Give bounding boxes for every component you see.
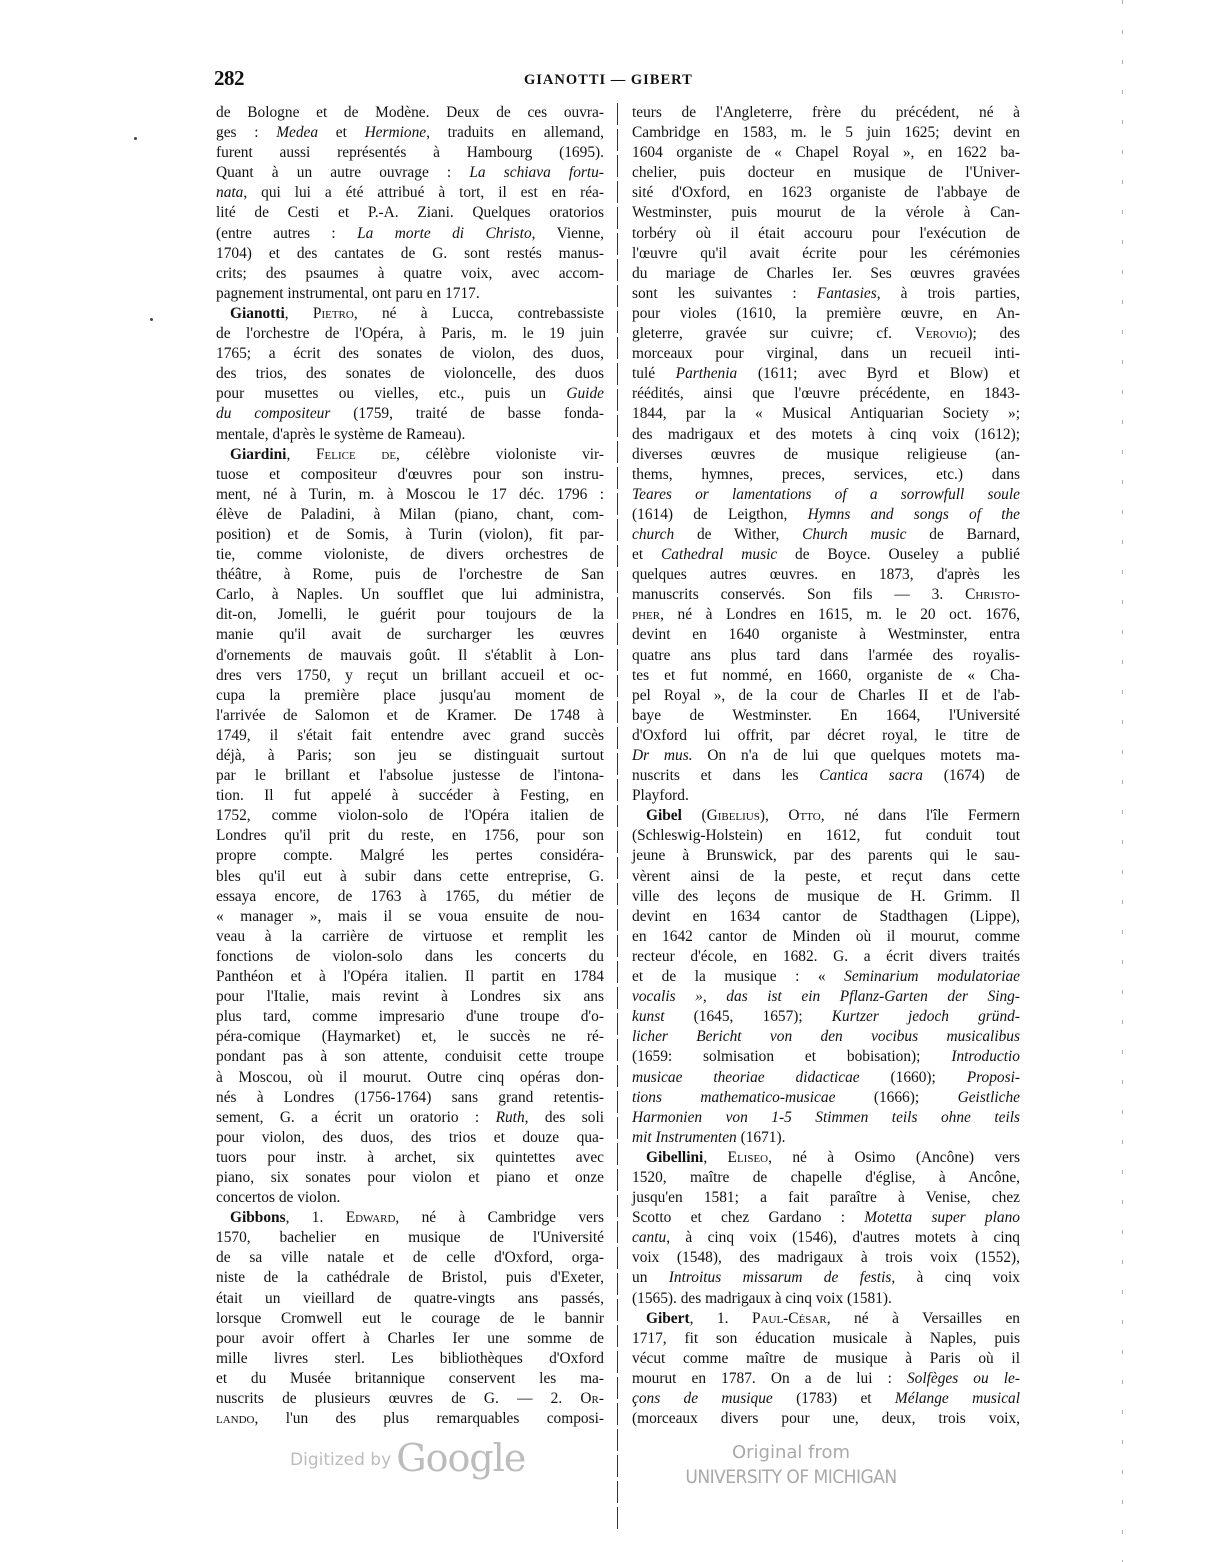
page-number: 282 bbox=[214, 66, 244, 91]
text-run: Kurtzer jedoch gründ- bbox=[832, 1008, 1020, 1025]
text-line: piano, six sonates pour violon et piano … bbox=[216, 1168, 604, 1188]
digitized-by-google-watermark: Digitized by Google bbox=[290, 1436, 525, 1480]
text-run: (1671). bbox=[737, 1129, 786, 1146]
text-line: un Introitus missarum de festis, à cinq … bbox=[632, 1268, 1020, 1288]
text-run: devint en 1634 cantor de Stadthagen (Lip… bbox=[632, 908, 1020, 925]
left-column: de Bologne et de Modène. Deux de ces ouv… bbox=[216, 103, 604, 1429]
text-run: , né à Osimo (Ancône) vers bbox=[768, 1149, 1020, 1166]
text-line: 1749, il s'était fait entendre avec gran… bbox=[216, 726, 604, 746]
text-run: Otto bbox=[788, 807, 820, 824]
text-line: çons de musique (1783) et Mélange musica… bbox=[632, 1389, 1020, 1409]
text-line: bles qu'il eut à subir dans cette entrep… bbox=[216, 867, 604, 887]
text-line: musicae theoriae didacticae (1660); Prop… bbox=[632, 1068, 1020, 1088]
text-run: Carlo, à Naples. Un soufflet que lui adm… bbox=[216, 586, 604, 603]
text-line: Harmonien von 1-5 Stimmen teils ohne tei… bbox=[632, 1108, 1020, 1128]
text-run: , né à Cambridge vers bbox=[395, 1209, 604, 1226]
text-run: nés à Londres (1756-1764) sans grand ret… bbox=[216, 1089, 604, 1106]
text-line: lando, l'un des plus remarquables compos… bbox=[216, 1409, 604, 1429]
text-run: niste de la cathédrale de Bristol, puis … bbox=[216, 1269, 604, 1286]
text-run: (Schleswig-Holstein) en 1612, fut condui… bbox=[632, 827, 1020, 844]
text-line: chelier, puis docteur en musique de l'Un… bbox=[632, 163, 1020, 183]
text-run: Gibelius bbox=[707, 807, 760, 824]
text-line: jeune à Brunswick, par des parents qui l… bbox=[632, 846, 1020, 866]
text-run: Motetta super plano bbox=[864, 1209, 1020, 1226]
text-run: tuors pour instr. à archet, six quintett… bbox=[216, 1149, 604, 1166]
text-run: voix (1548), des madrigaux à trois voix … bbox=[632, 1249, 1020, 1266]
text-run: , des soli bbox=[525, 1109, 604, 1126]
text-run: cupa la première place jusqu'au moment d… bbox=[216, 687, 604, 704]
text-run: (entre autres : bbox=[216, 225, 357, 242]
text-line: pagnement instrumental, ont paru en 1717… bbox=[216, 284, 604, 304]
text-run: 1844, par la « Musical Antiquarian Socie… bbox=[632, 405, 1020, 422]
text-line: était un vieillard de quatre-vingts ans … bbox=[216, 1289, 604, 1309]
text-run: position) et de Somis, à Turin (violon),… bbox=[216, 526, 604, 543]
text-run: 1604 organiste de « Chapel Royal », en 1… bbox=[632, 144, 1020, 161]
text-line: concertos de violon. bbox=[216, 1188, 604, 1208]
text-run: devint en 1640 organiste à Westminster, … bbox=[632, 626, 1020, 643]
text-run: La morte di Christo bbox=[357, 225, 532, 242]
text-run: , bbox=[703, 1149, 727, 1166]
text-run: Mélange musical bbox=[895, 1390, 1020, 1407]
text-line: de sa ville natale et de celle d'Oxford,… bbox=[216, 1248, 604, 1268]
text-run: un bbox=[632, 1269, 669, 1286]
column-divider bbox=[617, 103, 618, 1533]
text-run: Solfèges ou le- bbox=[907, 1370, 1020, 1387]
text-line: élève de Paladini, à Milan (piano, chant… bbox=[216, 505, 604, 525]
text-run: , à cinq voix (1546), d'autres motets à … bbox=[666, 1229, 1020, 1246]
text-run: en 1642 cantor de Minden où il mourut, c… bbox=[632, 928, 1020, 945]
text-line: teurs de l'Angleterre, frère du précéden… bbox=[632, 103, 1020, 123]
text-run: recteur d'école, en 1682. G. a écrit div… bbox=[632, 948, 1020, 965]
text-line: vocalis », das ist ein Pflanz-Garten der… bbox=[632, 987, 1020, 1007]
text-line: propre compte. Malgré les pertes considé… bbox=[216, 846, 604, 866]
text-run: pher bbox=[632, 606, 660, 623]
text-run: de Barnard, bbox=[906, 526, 1020, 543]
text-line: cantu, à cinq voix (1546), d'autres mote… bbox=[632, 1228, 1020, 1248]
margin-speck bbox=[150, 318, 153, 321]
text-line: devint en 1640 organiste à Westminster, … bbox=[632, 625, 1020, 645]
text-run: veau à la carrière de virtuose et rempli… bbox=[216, 928, 604, 945]
text-line: et Cathedral music de Boyce. Ouseley a p… bbox=[632, 545, 1020, 565]
text-run: déjà, à Paris; son jeu se distinguait su… bbox=[216, 747, 604, 764]
text-run: 1520, maître de chapelle d'église, à Anc… bbox=[632, 1169, 1020, 1186]
text-run: jeune à Brunswick, par des parents qui l… bbox=[632, 847, 1020, 864]
text-run: Proposi- bbox=[967, 1069, 1020, 1086]
text-line: et de la musique : « Seminarium modulato… bbox=[632, 967, 1020, 987]
text-line: tions mathematico-musicae (1666); Geistl… bbox=[632, 1088, 1020, 1108]
text-run: tuose et compositeur d'œuvres pour son i… bbox=[216, 466, 604, 483]
text-line: réédités, ainsi que l'œuvre précédente, … bbox=[632, 384, 1020, 404]
text-run: et bbox=[318, 124, 365, 141]
text-line: péra-comique (Haymarket) et, le succès n… bbox=[216, 1027, 604, 1047]
text-run: , bbox=[286, 446, 316, 463]
text-run: d'ornements de mauvais goût. Il s'établi… bbox=[216, 647, 604, 664]
text-line: pour violes (1610, la première œuvre, en… bbox=[632, 304, 1020, 324]
text-line: dres vers 1750, y reçut un brillant accu… bbox=[216, 666, 604, 686]
text-line: Westminster, puis mourut de la vérole à … bbox=[632, 203, 1020, 223]
text-run: dit-on, Jomelli, le guérit pour toujours… bbox=[216, 606, 604, 623]
text-line: licher Bericht von den vocibus musicalib… bbox=[632, 1027, 1020, 1047]
text-line: Dr mus. On n'a de lui que quelques motet… bbox=[632, 746, 1020, 766]
text-line: pour l'Italie, mais revint à Londres six… bbox=[216, 987, 604, 1007]
text-run: ville des leçons de musique de H. Grimm.… bbox=[632, 888, 1020, 905]
text-line: d'Oxford lui offrit, par décret royal, l… bbox=[632, 726, 1020, 746]
text-run: , né dans l'île Fermern bbox=[821, 807, 1020, 824]
text-run: 1704) et des cantates de G. sont restés … bbox=[216, 245, 604, 262]
text-line: church de Wither, Church music de Barnar… bbox=[632, 525, 1020, 545]
text-line: pour violon, des duos, des trios et douz… bbox=[216, 1128, 604, 1148]
text-line: (Schleswig-Holstein) en 1612, fut condui… bbox=[632, 826, 1020, 846]
text-line: crits; des psaumes à quatre voix, avec a… bbox=[216, 264, 604, 284]
text-run: Cambridge en 1583, m. le 5 juin 1625; de… bbox=[632, 124, 1020, 141]
text-line: 1570, bachelier en musique de l'Universi… bbox=[216, 1228, 604, 1248]
text-run: à Moscou, où il mourut. Outre cinq opéra… bbox=[216, 1069, 604, 1086]
text-line: déjà, à Paris; son jeu se distinguait su… bbox=[216, 746, 604, 766]
text-run: On n'a de lui que quelques motets ma- bbox=[693, 747, 1020, 764]
text-line: furent aussi représentés à Hambourg (169… bbox=[216, 143, 604, 163]
text-run: Westminster, puis mourut de la vérole à … bbox=[632, 204, 1020, 221]
text-line: Londres qu'il prit du reste, en 1756, po… bbox=[216, 826, 604, 846]
text-run: Scotto et chez Gardano : bbox=[632, 1209, 864, 1226]
text-run: Seminarium modulatoriae bbox=[844, 968, 1020, 985]
original-from-watermark: Original from UNIVERSITY OF MICHIGAN bbox=[668, 1442, 914, 1490]
text-run: (1645, 1657); bbox=[665, 1008, 832, 1025]
text-line: tie, comme violoniste, de divers orchest… bbox=[216, 545, 604, 565]
text-run: Fantasies bbox=[817, 285, 877, 302]
text-run: ), bbox=[760, 807, 789, 824]
text-run: par le brillant et l'absolue justesse de… bbox=[216, 767, 604, 784]
text-run: de l'orchestre de l'Opéra, à Paris, m. l… bbox=[216, 325, 604, 342]
text-run: Quant à un autre ouvrage : bbox=[216, 164, 469, 181]
text-line: dit-on, Jomelli, le guérit pour toujours… bbox=[216, 605, 604, 625]
text-run: l'œuvre qu'il avait écrite pour les céré… bbox=[632, 245, 1020, 262]
text-line: position) et de Somis, à Turin (violon),… bbox=[216, 525, 604, 545]
text-run: , l'un des plus remarquables composi- bbox=[255, 1410, 605, 1427]
text-run: (morceaux divers pour une, deux, trois v… bbox=[632, 1410, 1020, 1427]
text-run: crits; des psaumes à quatre voix, avec a… bbox=[216, 265, 604, 282]
text-line: jusqu'en 1581; a fait paraître à Venise,… bbox=[632, 1188, 1020, 1208]
original-from-label: Original from bbox=[668, 1442, 914, 1464]
text-line: Gianotti, Pietro, né à Lucca, contrebass… bbox=[216, 304, 604, 324]
text-line: cupa la première place jusqu'au moment d… bbox=[216, 686, 604, 706]
text-line: tulé Parthenia (1611; avec Byrd et Blow)… bbox=[632, 364, 1020, 384]
text-run: Londres qu'il prit du reste, en 1756, po… bbox=[216, 827, 604, 844]
text-run: sont les suivantes : bbox=[632, 285, 817, 302]
text-run: , qui lui a été attribué à tort, il est … bbox=[243, 184, 604, 201]
text-line: nata, qui lui a été attribué à tort, il … bbox=[216, 183, 604, 203]
entry-headword: Gibbons bbox=[230, 1209, 286, 1226]
text-run: , né à Lucca, contrebassiste bbox=[354, 305, 604, 322]
text-run: (1611; avec Byrd et Blow) et bbox=[737, 365, 1020, 382]
text-run: ment, né à Turin, m. à Moscou le 17 déc.… bbox=[216, 486, 604, 503]
text-run: ( bbox=[682, 807, 707, 824]
text-run: mit Instrumenten bbox=[632, 1129, 737, 1146]
text-line: plus tard, comme impresario d'une troupe… bbox=[216, 1007, 604, 1027]
text-run: Panthéon et à l'Opéra italien. Il partit… bbox=[216, 968, 604, 985]
text-run: et de la musique : « bbox=[632, 968, 844, 985]
entry-headword: Gibert bbox=[646, 1310, 690, 1327]
text-line: pour avoir offert à Charles Ier une somm… bbox=[216, 1329, 604, 1349]
text-line: d'ornements de mauvais goût. Il s'établi… bbox=[216, 646, 604, 666]
text-line: des madrigaux et des motets à cinq voix … bbox=[632, 425, 1020, 445]
text-line: sité d'Oxford, en 1623 organiste de l'ab… bbox=[632, 183, 1020, 203]
entry-headword: Gibel bbox=[646, 807, 682, 824]
text-run: , à cinq voix bbox=[891, 1269, 1020, 1286]
text-run: Felice de bbox=[316, 446, 396, 463]
text-run: lorsque Cromwell eut le courage de le ba… bbox=[216, 1310, 604, 1327]
text-line: de l'orchestre de l'Opéra, à Paris, m. l… bbox=[216, 324, 604, 344]
text-run: Teares or lamentations of a sorrowfull s… bbox=[632, 486, 1020, 503]
text-line: kunst (1645, 1657); Kurtzer jedoch gründ… bbox=[632, 1007, 1020, 1027]
text-line: quatre ans plus tard dans l'armée des ro… bbox=[632, 646, 1020, 666]
text-run: concertos de violon. bbox=[216, 1189, 340, 1206]
text-run: Verovio bbox=[915, 325, 968, 342]
text-line: Giardini, Felice de, célèbre violoniste … bbox=[216, 445, 604, 465]
text-run: lando bbox=[216, 1410, 255, 1427]
text-run: nuscrits et dans les bbox=[632, 767, 819, 784]
text-run: pour violes (1610, la première œuvre, en… bbox=[632, 305, 1020, 322]
text-run: pondant pas à son attente, conduisit cet… bbox=[216, 1048, 604, 1065]
text-line: niste de la cathédrale de Bristol, puis … bbox=[216, 1268, 604, 1288]
text-line: Cambridge en 1583, m. le 5 juin 1625; de… bbox=[632, 123, 1020, 143]
text-line: pher, né à Londres en 1615, m. le 20 oct… bbox=[632, 605, 1020, 625]
text-run: (1660); bbox=[860, 1069, 967, 1086]
text-run: (1783) et bbox=[773, 1390, 895, 1407]
text-run: sement, G. a écrit un oratorio : bbox=[216, 1109, 496, 1126]
text-run: pel Royal », de la cour de Charles II et… bbox=[632, 687, 1020, 704]
text-run: cantu bbox=[632, 1229, 666, 1246]
text-run: Ruth bbox=[496, 1109, 525, 1126]
text-run: Hymns and songs of the bbox=[808, 506, 1020, 523]
text-run: vécut comme maître de musique à Paris où… bbox=[632, 1350, 1020, 1367]
text-run: des trios, des sonates de violoncelle, d… bbox=[216, 365, 604, 382]
text-line: voix (1548), des madrigaux à trois voix … bbox=[632, 1248, 1020, 1268]
text-run: de Wither, bbox=[674, 526, 802, 543]
text-line: Gibert, 1. Paul-César, né à Versailles e… bbox=[632, 1309, 1020, 1329]
dictionary-page: 282 GIANOTTI — GIBERT de Bologne et de M… bbox=[0, 0, 1207, 1562]
text-run: 1749, il s'était fait entendre avec gran… bbox=[216, 727, 604, 744]
text-run: 1570, bachelier en musique de l'Universi… bbox=[216, 1229, 604, 1246]
text-run: tulé bbox=[632, 365, 676, 382]
text-run: Dr mus. bbox=[632, 747, 693, 764]
text-line: l'arrivée de Salomon et de Kramer. De 17… bbox=[216, 706, 604, 726]
text-run: nuscrits de plusieurs œuvres de G. — 2. bbox=[216, 1390, 580, 1407]
text-line: manie qu'il avait de surcharger les œuvr… bbox=[216, 625, 604, 645]
text-line: tuose et compositeur d'œuvres pour son i… bbox=[216, 465, 604, 485]
text-run: ges : bbox=[216, 124, 276, 141]
text-run: , bbox=[285, 305, 313, 322]
text-line: tes et fut nommé, en 1660, organiste de … bbox=[632, 666, 1020, 686]
text-run: ); des bbox=[967, 325, 1020, 342]
text-run: traduits en allemand, bbox=[430, 124, 604, 141]
text-line: lorsque Cromwell eut le courage de le ba… bbox=[216, 1309, 604, 1329]
text-line: diverses œuvres de musique religieuse (a… bbox=[632, 445, 1020, 465]
text-run: Introductio bbox=[951, 1048, 1020, 1065]
text-line: nuscrits et dans les Cantica sacra (1674… bbox=[632, 766, 1020, 786]
text-line: 1704) et des cantates de G. sont restés … bbox=[216, 244, 604, 264]
text-run: du mariage de Charles Ier. Ses œuvres gr… bbox=[632, 265, 1020, 282]
text-line: vécut comme maître de musique à Paris où… bbox=[632, 1349, 1020, 1369]
text-run: Church music bbox=[802, 526, 906, 543]
text-line: Teares or lamentations of a sorrowfull s… bbox=[632, 485, 1020, 505]
text-run: Hermione, bbox=[365, 124, 430, 141]
text-line: ville des leçons de musique de H. Grimm.… bbox=[632, 887, 1020, 907]
text-run: kunst bbox=[632, 1008, 665, 1025]
text-line: (entre autres : La morte di Christo, Vie… bbox=[216, 224, 604, 244]
text-line: du mariage de Charles Ier. Ses œuvres gr… bbox=[632, 264, 1020, 284]
text-run: était un vieillard de quatre-vingts ans … bbox=[216, 1290, 604, 1307]
text-line: pour musettes ou vielles, etc., puis un … bbox=[216, 384, 604, 404]
right-column: teurs de l'Angleterre, frère du précéden… bbox=[632, 103, 1020, 1429]
text-line: de Bologne et de Modène. Deux de ces ouv… bbox=[216, 103, 604, 123]
text-run: Cantica sacra bbox=[819, 767, 923, 784]
text-line: des trios, des sonates de violoncelle, d… bbox=[216, 364, 604, 384]
text-run: mourut en 1787. On a de lui : bbox=[632, 1370, 907, 1387]
text-line: Panthéon et à l'Opéra italien. Il partit… bbox=[216, 967, 604, 987]
text-run: pour violon, des duos, des trios et douz… bbox=[216, 1129, 604, 1146]
text-run: church bbox=[632, 526, 674, 543]
text-run: Introitus missarum de festis bbox=[669, 1269, 892, 1286]
text-run: chelier, puis docteur en musique de l'Un… bbox=[632, 164, 1020, 181]
text-run: fonctions de violon-solo dans les concer… bbox=[216, 948, 604, 965]
text-line: du compositeur (1759, traité de basse fo… bbox=[216, 404, 604, 424]
text-run: quelques autres œuvres. en 1873, d'après… bbox=[632, 566, 1020, 583]
text-run: vèrent ainsi de la peste, et reçut dans … bbox=[632, 868, 1020, 885]
text-line: tion. Il fut appelé à succéder à Festing… bbox=[216, 786, 604, 806]
text-run: de Boyce. Ouseley a publié bbox=[777, 546, 1020, 563]
text-run: tie, comme violoniste, de divers orchest… bbox=[216, 546, 604, 563]
text-run: dres vers 1750, y reçut un brillant accu… bbox=[216, 667, 604, 684]
text-run: Or- bbox=[580, 1390, 604, 1407]
text-run: et du Musée britannique conservent les m… bbox=[216, 1370, 604, 1387]
text-line: vèrent ainsi de la peste, et reçut dans … bbox=[632, 867, 1020, 887]
text-line: par le brillant et l'absolue justesse de… bbox=[216, 766, 604, 786]
text-run: gleterre, gravée sur cuivre; cf. bbox=[632, 325, 915, 342]
text-run: mentale, d'après le système de Rameau). bbox=[216, 426, 465, 443]
text-run: théâtre, à Rome, puis de l'orchestre de … bbox=[216, 566, 604, 583]
text-line: 1752, comme violon-solo de l'Opéra itali… bbox=[216, 806, 604, 826]
text-line: Scotto et chez Gardano : Motetta super p… bbox=[632, 1208, 1020, 1228]
text-run: licher Bericht von den vocibus musicalib… bbox=[632, 1028, 1020, 1045]
text-run: mille livres sterl. Les bibliothèques d'… bbox=[216, 1350, 604, 1367]
text-line: (1565). des madrigaux à cinq voix (1581)… bbox=[632, 1289, 1020, 1309]
text-line: 1844, par la « Musical Antiquarian Socie… bbox=[632, 404, 1020, 424]
text-run: pour avoir offert à Charles Ier une somm… bbox=[216, 1330, 604, 1347]
text-line: fonctions de violon-solo dans les concer… bbox=[216, 947, 604, 967]
text-run: du compositeur bbox=[216, 405, 330, 422]
text-run: , à trois parties, bbox=[877, 285, 1020, 302]
text-run: musicae theoriae didacticae bbox=[632, 1069, 860, 1086]
text-run: , né à Londres en 1615, m. le 20 oct. 16… bbox=[660, 606, 1020, 623]
text-line: théâtre, à Rome, puis de l'orchestre de … bbox=[216, 565, 604, 585]
text-line: sont les suivantes : Fantasies, à trois … bbox=[632, 284, 1020, 304]
text-run: Cathedral music bbox=[661, 546, 777, 563]
text-line: baye de Westminster. En 1664, l'Universi… bbox=[632, 706, 1020, 726]
text-run: , célèbre violoniste vir- bbox=[396, 446, 604, 463]
text-line: lité de Cesti et P.-A. Ziani. Quelques o… bbox=[216, 203, 604, 223]
text-line: essaya encore, de 1763 à 1765, du métier… bbox=[216, 887, 604, 907]
running-head-title: GIANOTTI — GIBERT bbox=[524, 72, 693, 89]
text-run: jusqu'en 1581; a fait paraître à Venise,… bbox=[632, 1189, 1020, 1206]
digitized-prefix: Digitized by bbox=[290, 1450, 391, 1470]
text-run: essaya encore, de 1763 à 1765, du métier… bbox=[216, 888, 604, 905]
text-line: à Moscou, où il mourut. Outre cinq opéra… bbox=[216, 1068, 604, 1088]
text-run: vocalis », das ist ein Pflanz-Garten der… bbox=[632, 988, 1020, 1005]
text-run: (1759, traité de basse fonda- bbox=[330, 405, 604, 422]
text-line: Gibbons, 1. Edward, né à Cambridge vers bbox=[216, 1208, 604, 1228]
text-line: Playford. bbox=[632, 786, 1020, 806]
text-run: teurs de l'Angleterre, frère du précéden… bbox=[632, 104, 1020, 121]
scan-edge-artifact bbox=[1122, 0, 1123, 1562]
text-line: recteur d'école, en 1682. G. a écrit div… bbox=[632, 947, 1020, 967]
text-run: piano, six sonates pour violon et piano … bbox=[216, 1169, 604, 1186]
entry-headword: Giardini bbox=[230, 446, 286, 463]
text-run: diverses œuvres de musique religieuse (a… bbox=[632, 446, 1020, 463]
text-run: Harmonien von 1-5 Stimmen teils ohne tei… bbox=[632, 1109, 1020, 1126]
text-run: çons de musique bbox=[632, 1390, 773, 1407]
text-run: Playford. bbox=[632, 787, 689, 804]
text-run: Christo- bbox=[965, 586, 1020, 603]
text-run: , Vienne, bbox=[532, 225, 604, 242]
text-line: torbéry où il était accouru pour l'exécu… bbox=[632, 224, 1020, 244]
text-line: mit Instrumenten (1671). bbox=[632, 1128, 1020, 1148]
text-run: réédités, ainsi que l'œuvre précédente, … bbox=[632, 385, 1020, 402]
university-name: UNIVERSITY OF MICHIGAN bbox=[680, 1464, 901, 1490]
entry-headword: Gianotti bbox=[230, 305, 285, 322]
margin-speck bbox=[134, 137, 137, 140]
text-run: pour l'Italie, mais revint à Londres six… bbox=[216, 988, 604, 1005]
text-run: Edward bbox=[346, 1209, 396, 1226]
text-line: « manager », mais il se voua ensuite de … bbox=[216, 907, 604, 927]
text-run: des madrigaux et des motets à cinq voix … bbox=[632, 426, 1020, 443]
text-run: pagnement instrumental, ont paru en 1717… bbox=[216, 285, 480, 302]
text-run: péra-comique (Haymarket) et, le succès n… bbox=[216, 1028, 604, 1045]
text-line: mentale, d'après le système de Rameau). bbox=[216, 425, 604, 445]
text-line: gleterre, gravée sur cuivre; cf. Verovio… bbox=[632, 324, 1020, 344]
text-run: , né à Versailles en bbox=[827, 1310, 1020, 1327]
text-line: 1604 organiste de « Chapel Royal », en 1… bbox=[632, 143, 1020, 163]
text-run: nata bbox=[216, 184, 243, 201]
text-run: Eliseo bbox=[728, 1149, 769, 1166]
text-run: manie qu'il avait de surcharger les œuvr… bbox=[216, 626, 604, 643]
text-run: Pietro bbox=[313, 305, 354, 322]
text-line: 1520, maître de chapelle d'église, à Anc… bbox=[632, 1168, 1020, 1188]
text-line: morceaux pour virginal, dans un recueil … bbox=[632, 344, 1020, 364]
text-run: tes et fut nommé, en 1660, organiste de … bbox=[632, 667, 1020, 684]
text-run: (1674) de bbox=[923, 767, 1020, 784]
text-run: Guide bbox=[566, 385, 604, 402]
text-line: manuscrits conservés. Son fils — 3. Chri… bbox=[632, 585, 1020, 605]
google-wordmark: Google bbox=[396, 1436, 525, 1480]
text-run: tion. Il fut appelé à succéder à Festing… bbox=[216, 787, 604, 804]
text-line: devint en 1634 cantor de Stadthagen (Lip… bbox=[632, 907, 1020, 927]
text-line: pondant pas à son attente, conduisit cet… bbox=[216, 1047, 604, 1067]
text-line: tuors pour instr. à archet, six quintett… bbox=[216, 1148, 604, 1168]
text-run: Paul-César bbox=[752, 1310, 827, 1327]
text-line: sement, G. a écrit un oratorio : Ruth, d… bbox=[216, 1108, 604, 1128]
text-run: et bbox=[632, 546, 661, 563]
text-line: et du Musée britannique conservent les m… bbox=[216, 1369, 604, 1389]
text-line: nuscrits de plusieurs œuvres de G. — 2. … bbox=[216, 1389, 604, 1409]
text-line: ment, né à Turin, m. à Moscou le 17 déc.… bbox=[216, 485, 604, 505]
text-run: propre compte. Malgré les pertes considé… bbox=[216, 847, 604, 864]
text-line: 1765; a écrit des sonates de violon, des… bbox=[216, 344, 604, 364]
text-run: morceaux pour virginal, dans un recueil … bbox=[632, 345, 1020, 362]
text-line: (morceaux divers pour une, deux, trois v… bbox=[632, 1409, 1020, 1429]
entry-headword: Gibellini bbox=[646, 1149, 703, 1166]
text-run: tions mathematico-musicae bbox=[632, 1089, 835, 1106]
text-run: Geistliche bbox=[958, 1089, 1020, 1106]
